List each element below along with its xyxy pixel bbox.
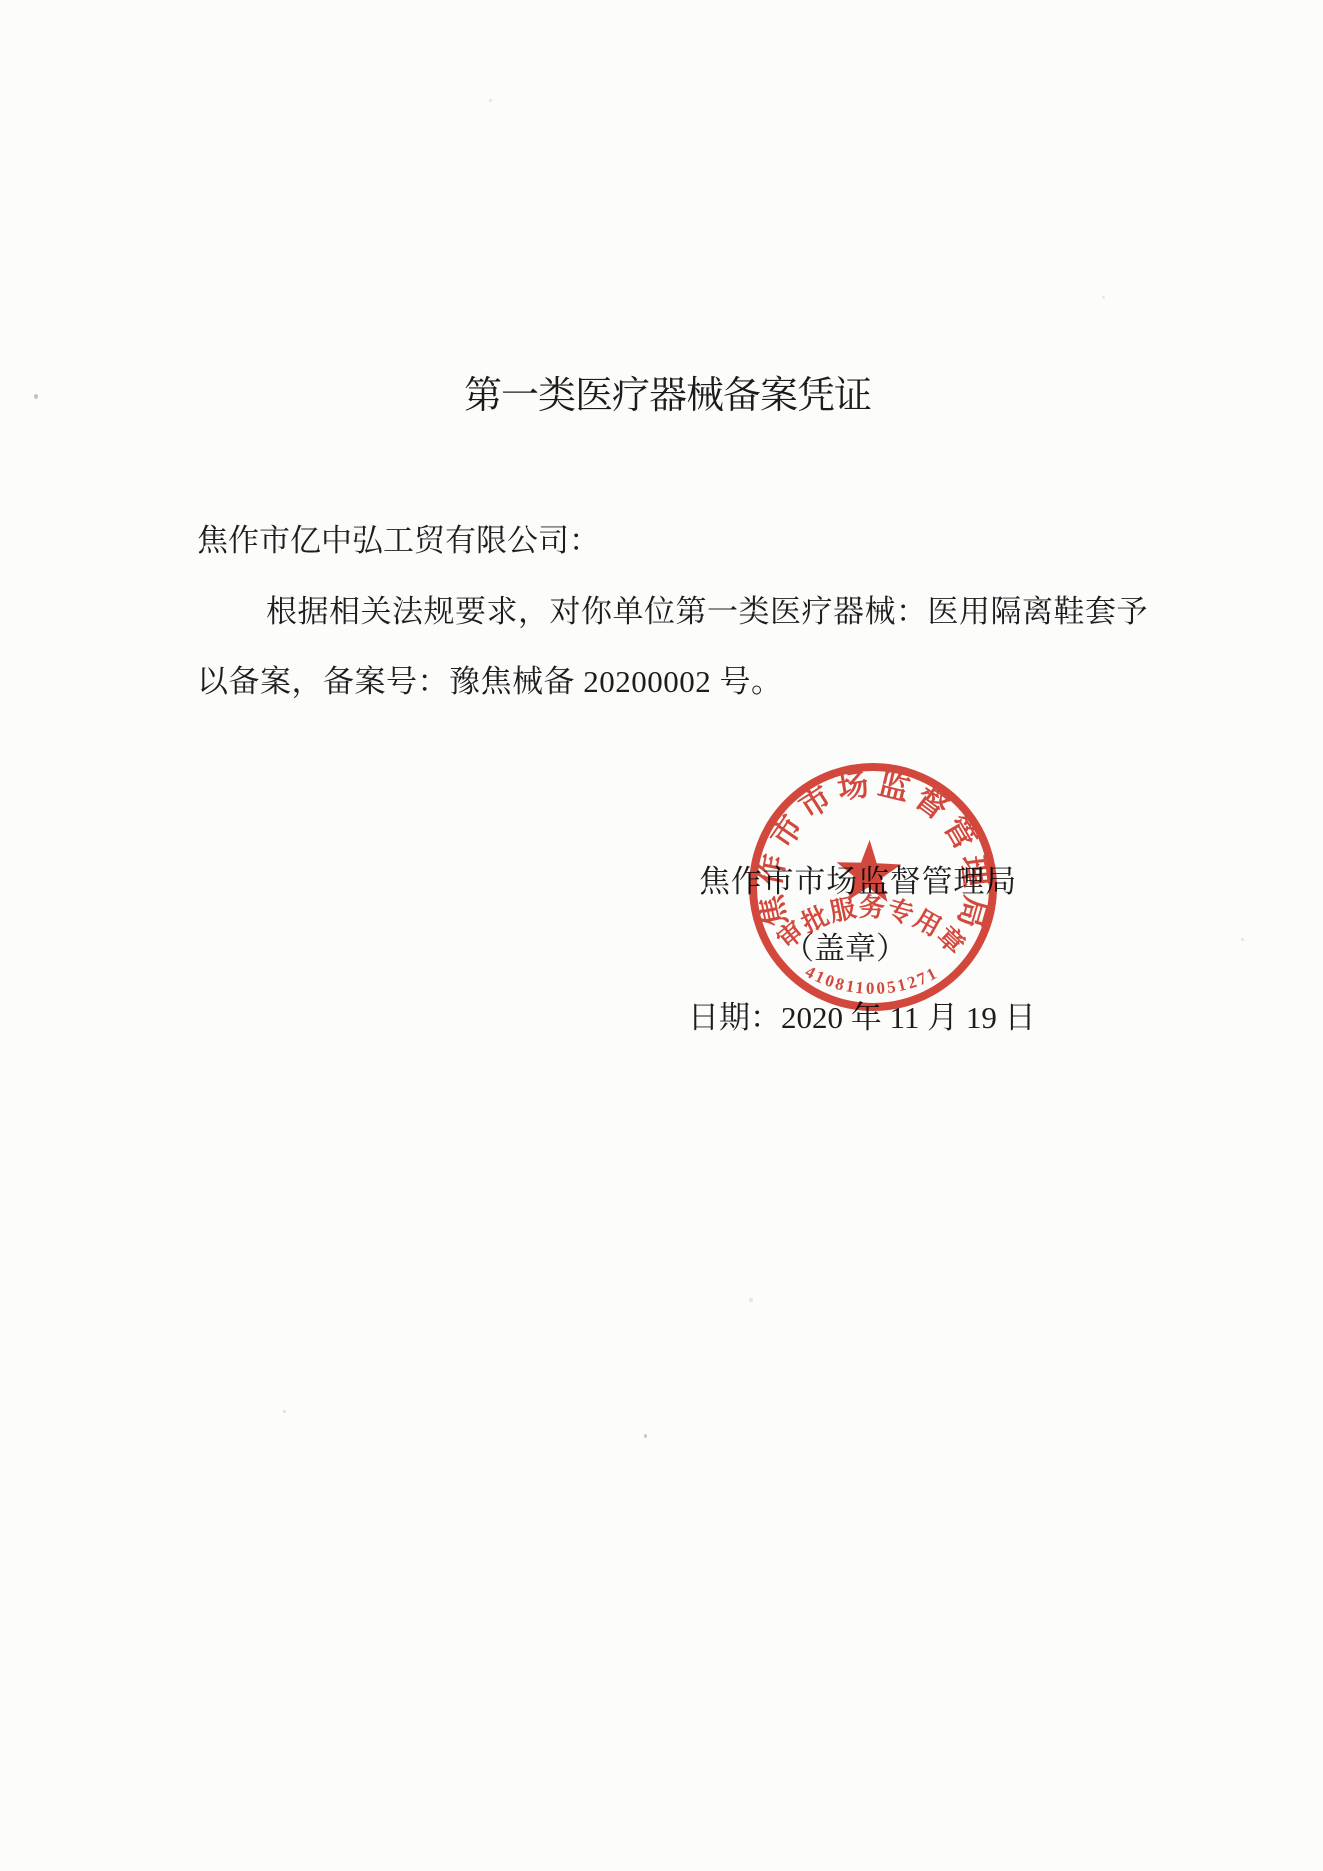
certificate-title: 第一类医疗器械备案凭证 (464, 374, 871, 418)
certificate-page: 第一类医疗器械备案凭证 焦作市亿中弘工贸有限公司： 根据相关法规要求，对你单位第… (0, 0, 1323, 1871)
body-text-line-1: 根据相关法规要求，对你单位第一类医疗器械：医用隔离鞋套予 (266, 593, 1148, 631)
addressee-line: 焦作市亿中弘工贸有限公司： (197, 522, 600, 560)
scan-speck (1102, 296, 1105, 299)
body-text-line-2: 以备案，备案号：豫焦械备 20200002 号。 (197, 663, 783, 701)
scan-speck (749, 1298, 753, 1302)
scan-speck (283, 1410, 286, 1413)
svg-text:审批服务专用章: 审批服务专用章 (770, 889, 973, 962)
official-seal-stamp: 焦作市市场监督管理局 审批服务专用章 4108110051271 (733, 747, 1013, 1027)
stamp-banner-text: 审批服务专用章 (770, 889, 973, 962)
scan-speck (34, 394, 38, 399)
star-icon (835, 839, 902, 903)
scan-speck (1241, 938, 1244, 941)
scan-speck (644, 1434, 647, 1438)
scan-speck (489, 99, 492, 102)
